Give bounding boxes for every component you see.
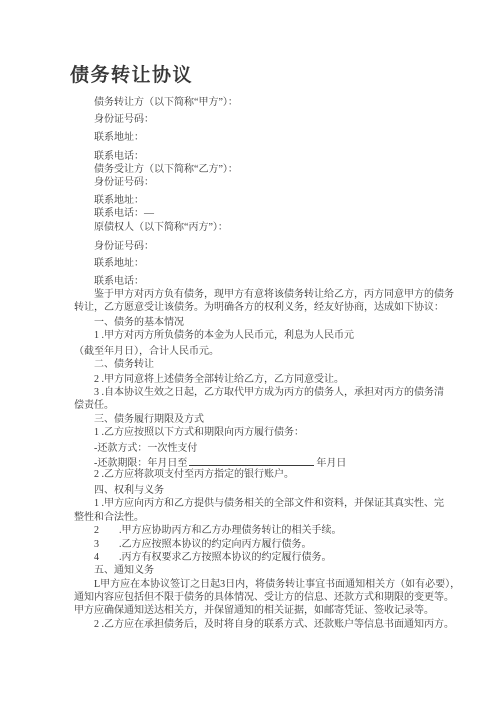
preamble-line: 鉴于甲方对丙方负有债务，现甲方有意将该债务转让给乙方，丙方同意甲方的债务 — [74, 288, 444, 301]
section-heading-1: 一、债务的基本情况 — [74, 316, 444, 329]
doc-line: 通知内容应包括但不限于债务的具体情况、受让方的信息、还款方式和期限的变更等。 — [74, 591, 444, 604]
field-line-address: 联系地址： — [74, 194, 444, 207]
repayment-term-suffix: 年月日 — [316, 458, 346, 469]
repayment-method-line: -还款方式：一次性支付 — [74, 442, 444, 455]
doc-line: L甲方应在本协议签订之日起3日内，将债务转让事宜书面通知相关方（如有必要）， — [74, 578, 444, 591]
doc-line: 2 .甲方同意将上述债务全部转让给乙方，乙方同意受让。 — [74, 373, 444, 386]
doc-line: 整性和合法性。 — [74, 511, 444, 524]
field-line-id-number: 身份证号码： — [74, 113, 444, 126]
section-heading-2: 二、债务转让 — [74, 358, 444, 371]
doc-line: 2 .乙方应将款项支付至丙方指定的银行账户。 — [74, 468, 444, 481]
doc-line: 1 .甲方对丙方所负债务的本金为人民币元，利息为人民币元 — [74, 329, 444, 342]
doc-line: 4 .丙方有权要求乙方按照本协议的约定履行债务。 — [74, 551, 444, 564]
field-line-phone: 联系电话： — [74, 150, 444, 163]
preamble-line: 转让，乙方愿意受让该债务。为明确各方的权利义务，经友好协商，达成如下协议： — [74, 301, 444, 314]
repayment-term-line: -还款期限：年月日至年月日 — [74, 455, 444, 468]
doc-line: 甲方应确保通知送达相关方，并保留通知的相关证据，如邮寄凭证、签收记录等。 — [74, 604, 444, 617]
field-line-id-number: 身份证号码： — [74, 240, 444, 253]
doc-line: （截至年月日），合计人民币元。 — [74, 345, 444, 358]
doc-line: 2 .乙方应在承担债务后，及时将自身的联系方式、还款账户等信息书面通知丙方。 — [74, 618, 444, 631]
section-heading-4: 四、权利与义务 — [74, 484, 444, 497]
field-line-address: 联系地址： — [74, 257, 444, 270]
doc-line: 2 .甲方应协助丙方和乙方办理债务转让的相关手续。 — [74, 524, 444, 537]
section-heading-3: 三、债务履行期限及方式 — [74, 413, 444, 426]
field-line-phone: 联系电话：— — [74, 207, 444, 220]
doc-line: 偿责任。 — [74, 399, 444, 412]
field-line-party-c: 原债权人（以下简称“丙方”）： — [74, 221, 444, 234]
field-line-phone: 联系电话： — [74, 275, 444, 288]
field-line-id-number: 身份证号码： — [74, 176, 444, 189]
doc-line: 3 .自本协议生效之日起，乙方取代甲方成为丙方的债务人，承担对丙方的债务清 — [74, 386, 444, 399]
blank-underline — [189, 455, 314, 466]
document-page: 债务转让协议 债务转让方（以下简称“甲方”）： 身份证号码： 联系地址： 联系电… — [0, 0, 500, 707]
doc-line: 1 .甲方应向丙方和乙方提供与债务相关的全部文件和资料，并保证其真实性、完 — [74, 497, 444, 510]
field-line-address: 联系地址： — [74, 131, 444, 144]
section-heading-5: 五、通知义务 — [74, 564, 444, 577]
doc-line: 1 .乙方应按照以下方式和期限向丙方履行债务： — [74, 426, 444, 439]
field-line-party-b: 债务受让方（以下简称“乙方”）： — [74, 163, 444, 176]
doc-line: 3 .乙方应按照本协议的约定向丙方履行债务。 — [74, 538, 444, 551]
document-title: 债务转让协议 — [70, 64, 444, 88]
field-line-party-a: 债务转让方（以下简称“甲方”）： — [74, 96, 444, 109]
